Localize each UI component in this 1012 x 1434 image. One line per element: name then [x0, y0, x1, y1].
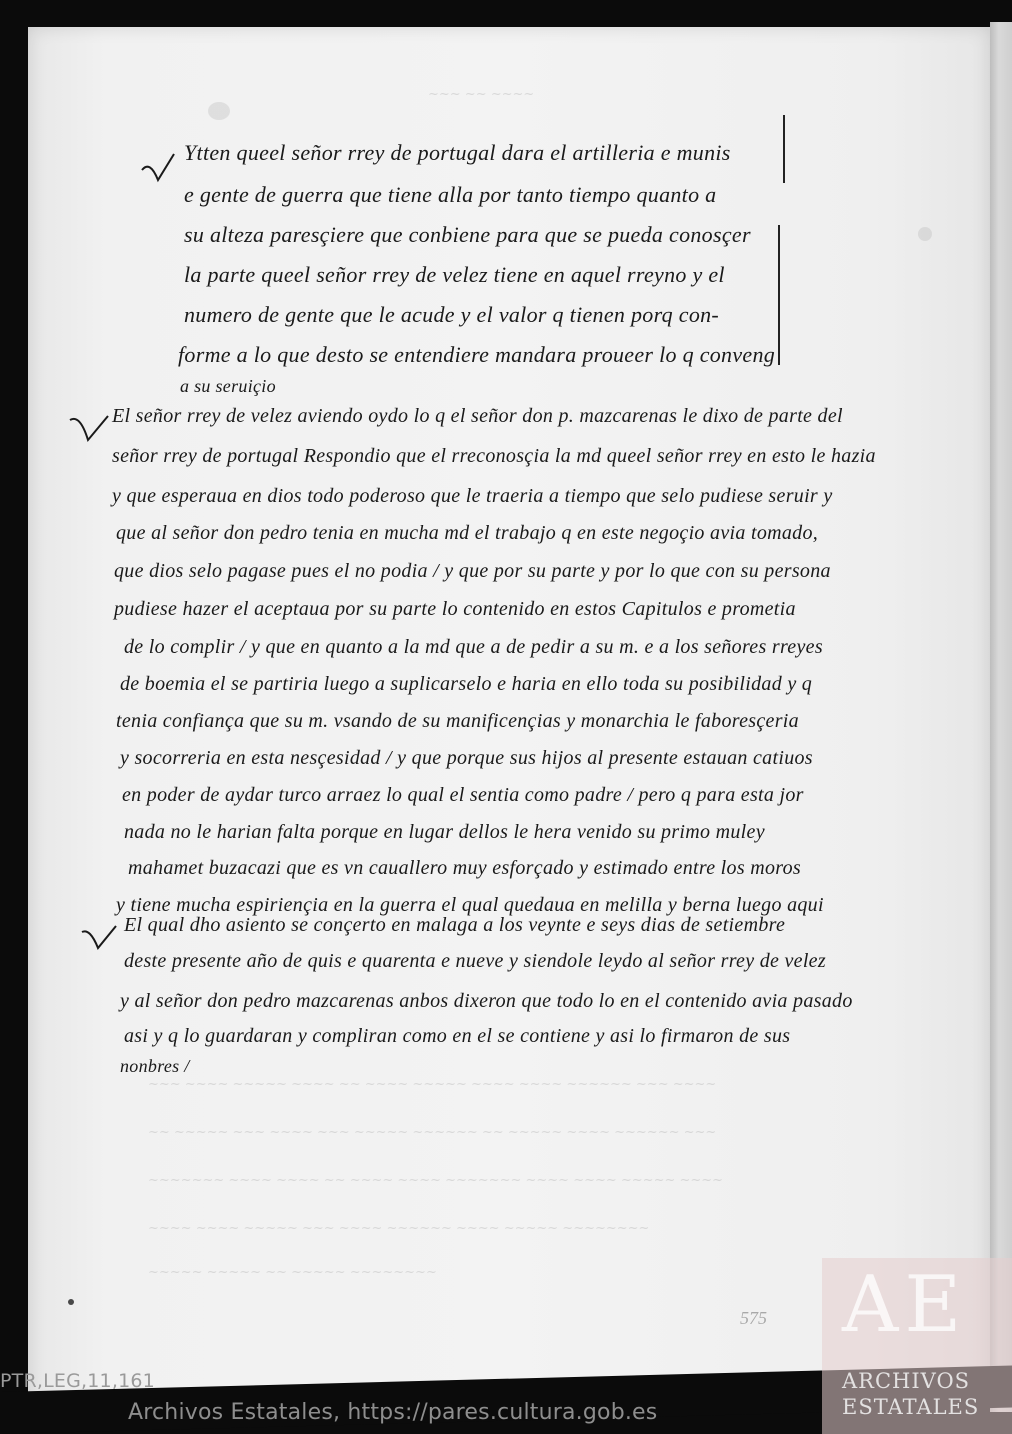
paragraph-2-line-5: que dios selo pagase pues el no podia / …: [114, 560, 831, 583]
archivos-estatales-logo: AE ARCHIVOS ESTATALES: [822, 1258, 1012, 1434]
paragraph-1-line-2: e gente de guerra que tiene alla por tan…: [184, 182, 716, 208]
manuscript-text: Ytten queel señor rrey de portugal dara …: [0, 0, 1012, 1434]
paragraph-1-line-1: Ytten queel señor rrey de portugal dara …: [184, 140, 731, 166]
shelfmark-label: PTR,LEG,11,161: [0, 1370, 155, 1392]
paragraph-2-line-6: pudiese hazer el aceptaua por su parte l…: [114, 598, 796, 621]
logo-name-line-1: ARCHIVOS: [842, 1368, 979, 1394]
paragraph-mark-icon: [140, 150, 186, 190]
paragraph-2-line-3: y que esperaua en dios todo poderoso que…: [112, 485, 833, 508]
paragraph-1-line-3: su alteza paresçiere que conbiene para q…: [184, 222, 751, 248]
paragraph-3-line-4: asi y q lo guardaran y compliran como en…: [124, 1025, 790, 1048]
paragraph-2-line-8: de boemia el se partiria luego a suplica…: [120, 673, 812, 696]
paragraph-3-line-3: y al señor don pedro mazcarenas anbos di…: [120, 990, 853, 1013]
paragraph-2-line-4: que al señor don pedro tenia en mucha md…: [116, 522, 818, 545]
paragraph-2-line-7: de lo complir / y que en quanto a la md …: [124, 636, 823, 659]
paragraph-3-line-1: El qual dho asiento se conçerto en malag…: [124, 914, 785, 937]
logo-name: ARCHIVOS ESTATALES: [842, 1368, 979, 1420]
paragraph-2-line-1: El señor rrey de velez aviendo oydo lo q…: [112, 405, 843, 428]
paragraph-1-line-7: a su seruiçio: [180, 376, 276, 397]
paragraph-2-line-13: mahamet buzacazi que es vn cauallero muy…: [128, 857, 801, 880]
paragraph-mark-icon: [68, 410, 114, 450]
archive-watermark-url: Archivos Estatales, https://pares.cultur…: [128, 1400, 657, 1425]
paragraph-2-line-11: en poder de aydar turco arraez lo qual e…: [122, 784, 804, 807]
paragraph-2-line-12: nada no le harian falta porque en lugar …: [124, 821, 765, 844]
paragraph-1-line-6: forme a lo que desto se entendiere manda…: [178, 342, 775, 368]
paragraph-2-line-10: y socorreria en esta nesçesidad / y que …: [120, 747, 813, 770]
paragraph-3-line-2: deste presente año de quis e quarenta e …: [124, 950, 826, 973]
margin-bracket: [783, 115, 785, 183]
paragraph-2-line-9: tenia confiança que su m. vsando de su m…: [116, 710, 799, 733]
paragraph-3-line-5: nonbres /: [120, 1056, 190, 1077]
logo-letters: AE: [842, 1260, 967, 1350]
folio-number: 575: [740, 1308, 767, 1329]
paragraph-2-line-2: señor rrey de portugal Respondio que el …: [112, 445, 876, 468]
logo-name-line-2: ESTATALES: [842, 1394, 979, 1420]
paragraph-1-line-5: numero de gente que le acude y el valor …: [184, 302, 719, 328]
paragraph-mark-icon: [80, 920, 126, 960]
paragraph-1-line-4: la parte queel señor rrey de velez tiene…: [184, 262, 725, 288]
margin-bracket: [778, 225, 780, 365]
